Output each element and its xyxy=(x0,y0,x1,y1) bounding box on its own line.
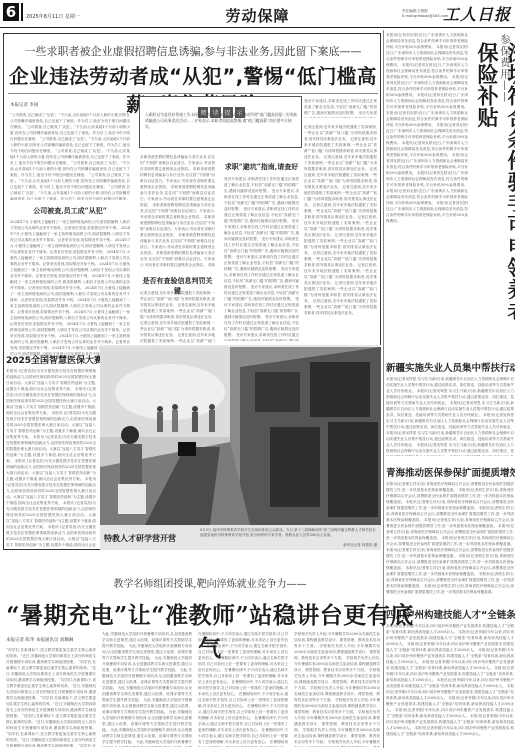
lead-col-6: 记者注意到,近年来多地法院通报了类似案例,一些企业以“高薪”“低门槛”为诱饵招揽… xyxy=(304,124,377,344)
newspaper-logo: 工人日报 xyxy=(443,2,511,25)
bottom-byline: 本报记者 陈华 本报通讯员 刘璐琳 xyxy=(6,637,73,643)
bottom-kicker: 教学名师组团授课,靶向淬炼就业竞争力—— xyxy=(0,575,420,590)
right-story-1-headline: 新疆实施失业人员集中帮扶行动 xyxy=(386,360,515,374)
lead-col-2: 2024年7月,小夏线上接触到了一家主营跨境电商的公司,面试很顺利,入职后才发现… xyxy=(10,219,130,359)
vertical-story-header: 无参保地、时长单量、跑单类型限制,平台补贴百分之五十参保费用—— 深圳符合条件骑… xyxy=(470,30,515,330)
lead-kicker: 一些求职者被企业虚假招聘信息诱骗,参与非法业务,因此留下案底—— xyxy=(4,43,382,59)
editor-info: 责任编辑:王维砚 E-mail:grrbsbzx@163.com xyxy=(402,9,448,19)
news-photo: 特教人才研学营开营 8月5日,福州市特殊教育学校学生在现场体验互动游戏。当日,第… xyxy=(100,345,381,550)
photo-credit: 新华社记者 林善传 摄 xyxy=(343,543,377,548)
lead-col-5: 受访专家建议,求职者在找工作时应通过正规渠道了解企业信息,不轻信“高薪无门槛”的… xyxy=(224,176,299,341)
lead-col-1: “公司被查,自己就成了‘从犯’。”不久前,山东某地1个月前入职的小夏,因所在公司… xyxy=(10,112,130,200)
photo-caption-title: 特教人才研学营开营 xyxy=(104,533,176,544)
reading-tips-box: 阅读提示 入职时以为是找份普通工作,却因公司涉嫌诈骗成为“从犯”;做成所谓“低门… xyxy=(139,96,302,148)
right-story-2-headline: 青海推动医保参保扩面提质增效 xyxy=(386,465,515,479)
divider xyxy=(8,93,378,94)
photo-caption: 8月5日,福州市特殊教育学校学生在现场体验互动游戏。当日,第十三届海峡两岸·第三… xyxy=(200,528,378,538)
lead-col-5-top: 受访专家建议,求职者在找工作时应通过正规渠道了解企业信息,不轻信“高薪无门槛”的… xyxy=(304,98,377,118)
reading-tips-text: 入职时以为是找份普通工作,却因公司涉嫌诈骗成为“从犯”;做成所谓“低门槛高回报”… xyxy=(145,112,298,130)
health-story-body: 本报讯 (记者袁浩)为充分激发数字技术在智慧医保领域的创新活力,由国家医保局指导… xyxy=(6,368,96,548)
bottom-col-2: 为此,安徽师范大学组织开展暑期专项培训,从全国邀请教学名师走进课堂,通过示范课、… xyxy=(102,631,192,747)
editor-email: E-mail:grrbsbzx@163.com xyxy=(402,14,448,19)
lead-col-3: 求职者被虚假招聘信息诱骗参与非法业务,往往因“不知情”而难以自证清白。专家表示,… xyxy=(140,154,215,269)
right-story-1-body: 本报讯(记者吴铎思 实习生马新)日前,新疆维吾尔自治区人力资源和社会保障厅启动实… xyxy=(386,376,514,456)
vertical-story-body: 本报讯(记者刘友婷)近日,广东深圳市人力资源和社会保障局发布消息,符合条件的骑手… xyxy=(386,32,468,328)
bottom-col-3: 在暑期培训中,不少同学表示,通过名师手把手指导,自己对如何上好一堂课有了更深的理… xyxy=(198,631,288,747)
masthead: 6 2025年8月11日 星期一 劳动保障 责任编辑:王维砚 E-mail:gr… xyxy=(0,0,515,28)
bottom-col-1: “同学们,在新课标下,语文教学要更加注重学生核心素养的培养。”近日,安徽师范大学… xyxy=(6,647,96,747)
photo-image xyxy=(100,347,381,525)
lead-subhead-1: 公司被查,员工成“从犯” xyxy=(10,206,130,216)
lead-subhead-3: 求职“避坑”指南,请查好 xyxy=(224,162,299,172)
vertical-story-headline: 深圳符合条件骑手可申领养老保险补贴 xyxy=(472,42,515,330)
lead-byline: 本报记者 李国 xyxy=(10,102,38,108)
photo-scene-illustration xyxy=(100,347,381,525)
bottom-col-4: 学校相关负责人介绍,今年暑期共有2000余名师范生参加培训,课程涵盖教学设计、课… xyxy=(294,631,380,747)
